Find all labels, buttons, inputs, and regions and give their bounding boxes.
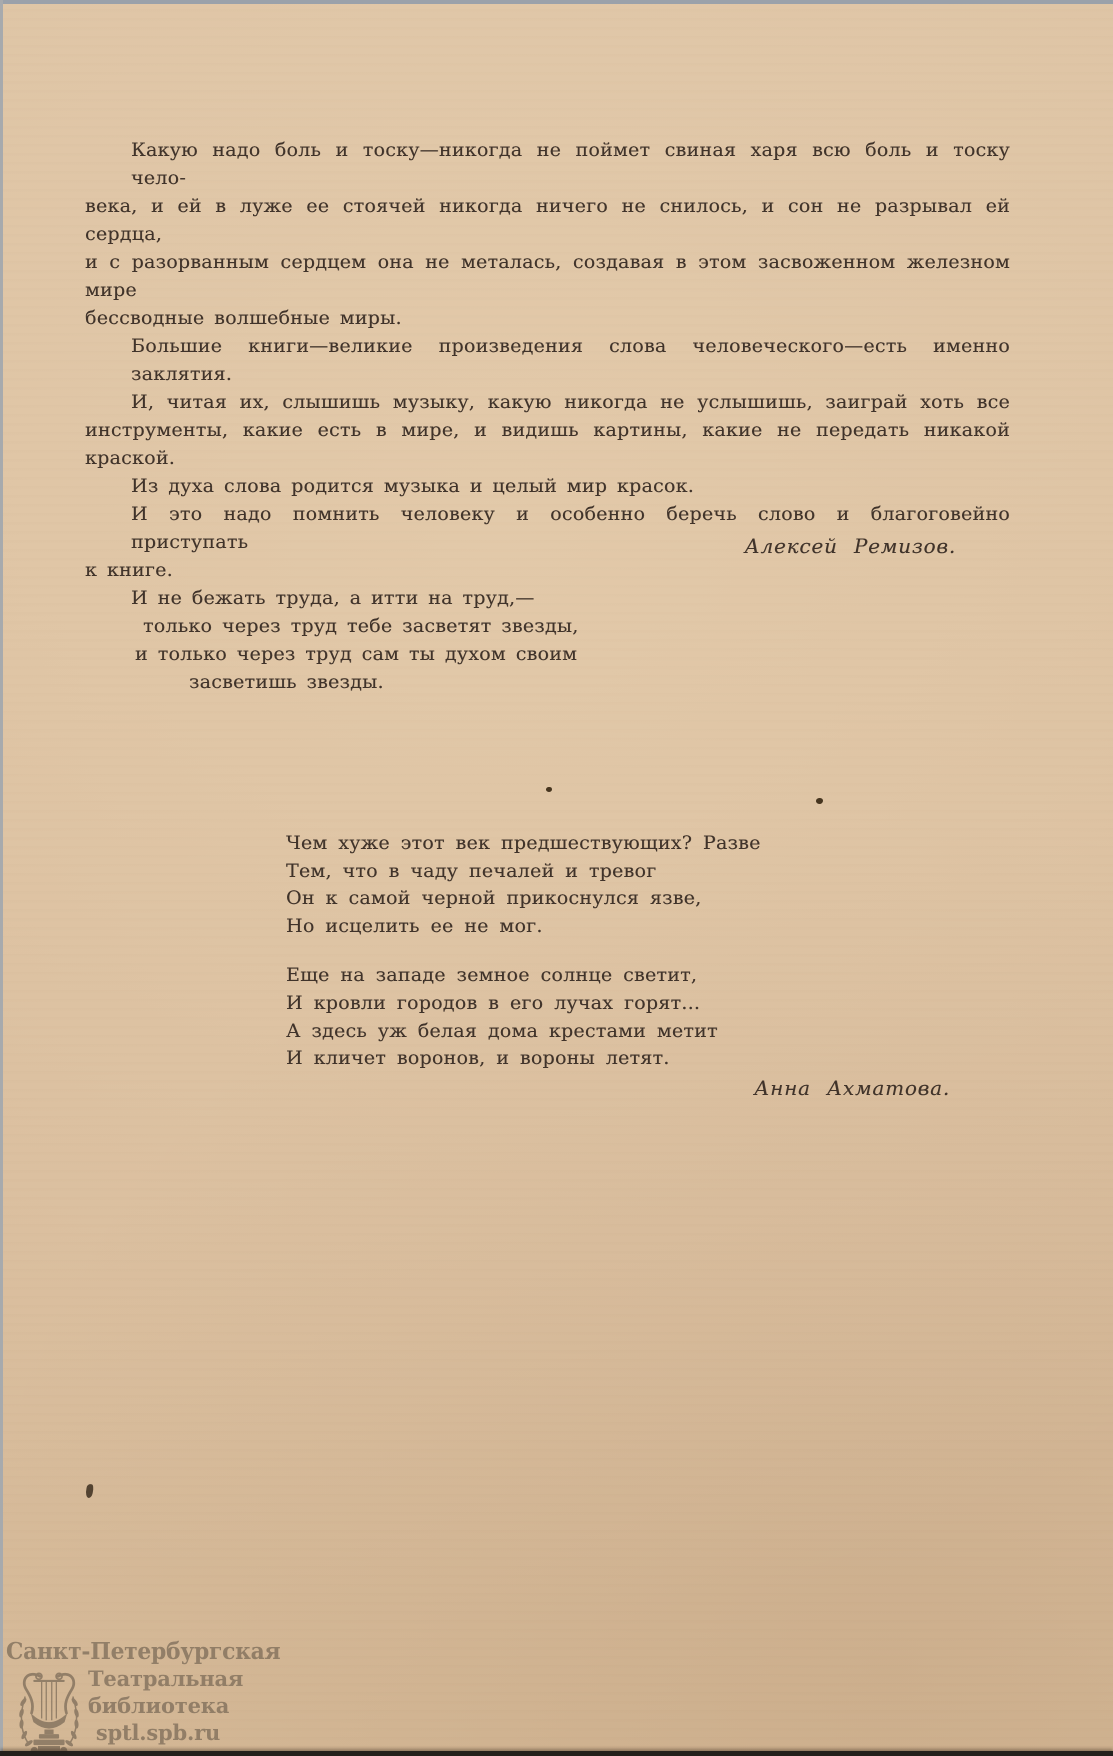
- prose-line: Какую надо боль и тоску—никогда не пойме…: [85, 136, 1010, 192]
- akhmatova-poem: Чем хуже этот век предшествующих? Разве …: [286, 830, 761, 1073]
- prose-line: века, и ей в луже ее стоячей никогда нич…: [85, 192, 1010, 248]
- prose-line: Из духа слова родится музыка и целый мир…: [85, 472, 1010, 500]
- akhmatova-signature: Анна Ахматова.: [85, 1076, 1010, 1100]
- poem-line: Он к самой черной прикоснулся язве,: [286, 885, 761, 913]
- prose-line: И, читая их, слышишь музыку, какую никог…: [85, 388, 1010, 416]
- ink-speck: [85, 1483, 95, 1498]
- prose-line: И не бежать труда, а итти на труд,—: [85, 584, 1010, 612]
- watermark-line: Санкт-Петербургская: [6, 1638, 253, 1665]
- poem-line: И кличет воронов, и вороны летят.: [286, 1045, 761, 1073]
- scan-edge-top: [0, 0, 1113, 4]
- ink-dot: [546, 787, 552, 792]
- scan-edge-bottom: [0, 1751, 1113, 1756]
- watermark-line: библиотека: [88, 1692, 228, 1719]
- poem-line: И кровли городов в его лучах горят...: [286, 990, 761, 1018]
- poem-line: Еще на западе земное солнце светит,: [286, 962, 761, 990]
- poem-line: Тем, что в чаду печалей и тревог: [286, 858, 761, 886]
- prose-line: и только через труд сам ты духом своим: [85, 640, 1010, 668]
- scanned-page: Какую надо боль и тоску—никогда не пойме…: [0, 0, 1113, 1756]
- remizov-signature: Алексей Ремизов.: [85, 534, 1010, 558]
- poem-line: Но исцелить ее не мог.: [286, 913, 761, 941]
- ink-dot: [816, 798, 823, 804]
- poem-stanza: Чем хуже этот век предшествующих? Разве …: [286, 830, 761, 940]
- lyre-icon: [16, 1665, 82, 1756]
- library-watermark: Санкт-Петербургская: [6, 1638, 266, 1756]
- watermark-url: sptl.spb.ru: [88, 1719, 228, 1746]
- prose-line: к книге.: [85, 556, 1010, 584]
- prose-line: и с разорванным сердцем она не металась,…: [85, 248, 1010, 304]
- prose-line: только через труд тебе засветят звезды,: [85, 612, 1010, 640]
- prose-line: засветишь звезды.: [85, 668, 1010, 696]
- poem-line: А здесь уж белая дома крестами метит: [286, 1018, 761, 1046]
- scan-edge-left: [0, 0, 3, 1756]
- prose-line: Большие книги—великие произведения слова…: [85, 332, 1010, 388]
- prose-line: инструменты, какие есть в мире, и видишь…: [85, 416, 1010, 472]
- prose-passage: Какую надо боль и тоску—никогда не пойме…: [85, 136, 1010, 696]
- watermark-line: Театральная: [88, 1665, 228, 1692]
- prose-line: бессводные волшебные миры.: [85, 304, 1010, 332]
- poem-line: Чем хуже этот век предшествующих? Разве: [286, 830, 761, 858]
- poem-stanza: Еще на западе земное солнце светит, И кр…: [286, 962, 761, 1072]
